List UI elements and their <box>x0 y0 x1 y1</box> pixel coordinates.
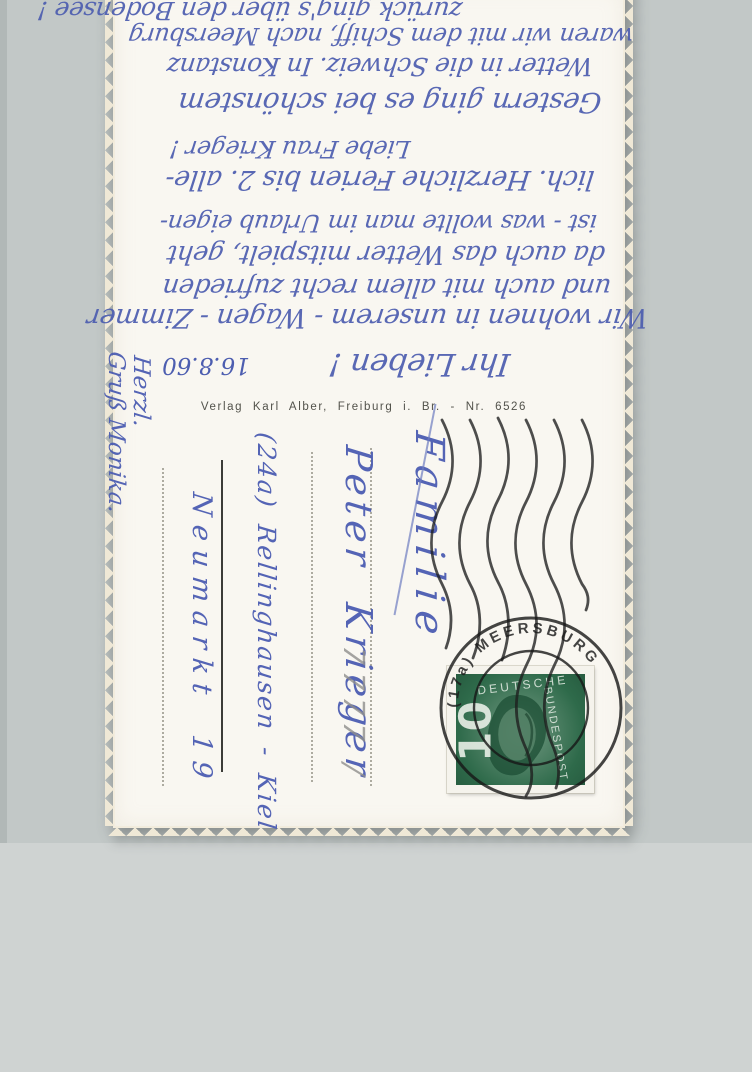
handwritten-signature: Gruß Monika. <box>103 350 129 514</box>
address-ruling-line-dotted <box>162 468 164 786</box>
handwritten-message-line: Wir wohnen in unserem - Wagen - Zimmer <box>98 302 650 333</box>
handwritten-message-line: zurück ging's über den Bodensee ! <box>104 0 464 25</box>
deckle-edge-bottom <box>108 827 630 836</box>
handwritten-message-line: Ihr Lieben ! <box>270 346 569 382</box>
postmark-outer-ring <box>441 618 621 798</box>
scanner-background-lower <box>0 843 752 1072</box>
handwritten-message-line: waren wir mit dem Schiff, nach Meersburg <box>104 22 657 50</box>
handwritten-message-line: da auch das Wetter mitspielt, geht <box>114 239 658 269</box>
handwritten-date: 16.8.60 <box>146 352 266 378</box>
address-line-street: Neumarkt 19 <box>186 491 217 789</box>
handwritten-signoff: Herzl. <box>128 354 154 428</box>
address-underline <box>221 460 223 772</box>
handwritten-message-line: und auch mit allem recht zufrieden <box>116 272 658 302</box>
pencil-postal-code: 7777 / <box>337 644 371 782</box>
postcard-scan: Ihr Lieben ! Wir wohnen in unserem - Wag… <box>0 0 752 1072</box>
handwritten-message-line: Gestern ging es bei schönstem <box>126 86 654 119</box>
postmark: (17a) MEERSBURG <box>430 607 632 809</box>
handwritten-message-line: Liebe Frau Krieger ! <box>104 135 475 163</box>
address-line-town: (24a) Rellinghausen - Kiel <box>252 431 281 833</box>
postmark-inner-ring <box>474 651 588 765</box>
scanner-background-edge <box>0 0 7 843</box>
address-ruling-line-dotted <box>311 452 313 782</box>
handwritten-message-line: ist - was wollte man im Urlaub eigen- <box>104 209 652 237</box>
handwritten-message-line: Wetter in die Schweiz. In Konstanz <box>104 52 656 81</box>
handwritten-message-line: lich. Herzliche Ferien bis 2. alle- <box>104 164 656 195</box>
